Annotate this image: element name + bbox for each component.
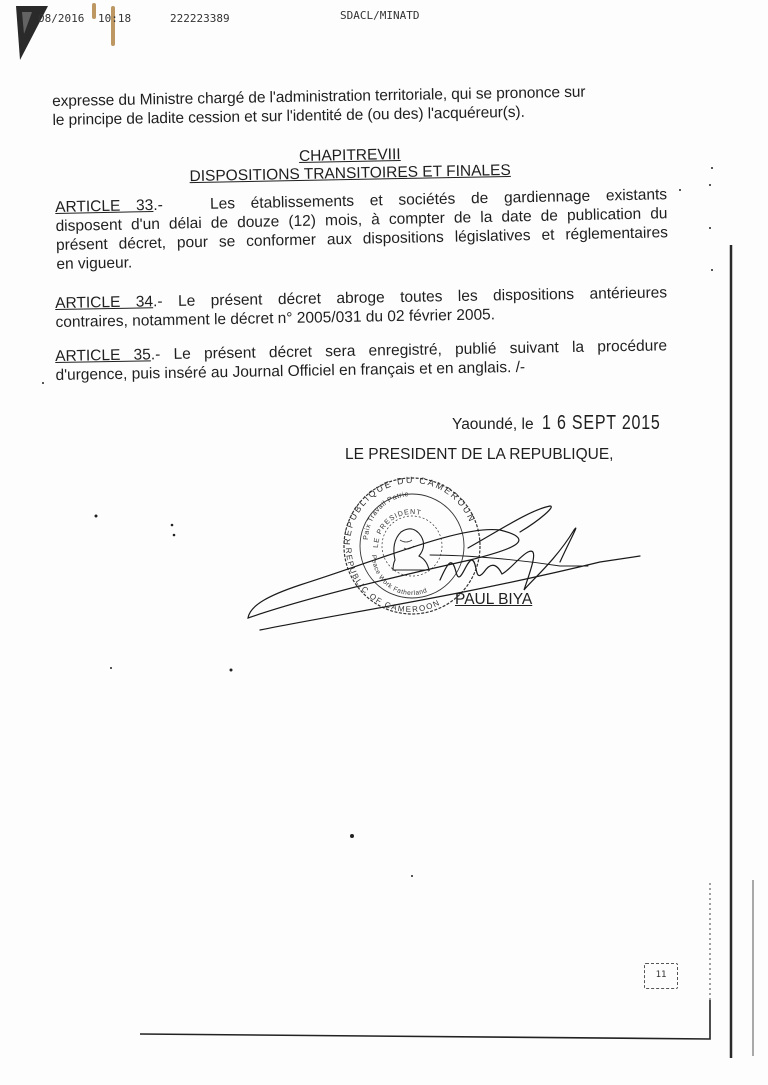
article-35: ARTICLE 35.- Le présent décret sera enre… [55, 336, 668, 385]
signatory-name: PAUL BIYA [455, 591, 532, 609]
article-label: ARTICLE 33 [55, 197, 153, 216]
seal-inner-top-text: LE PRESIDENT [373, 509, 422, 548]
fax-time: 10:18 [98, 12, 131, 25]
seal-outer-bottom-text: REPUBLIC OF CAMEROON [344, 548, 442, 615]
article-label: ARTICLE 34 [55, 293, 153, 312]
svg-text:REPUBLIQUE DU CAMEROUN: REPUBLIQUE DU CAMEROUN [342, 475, 478, 545]
date-stamp: 1 6 SEPT 2015 [542, 412, 661, 435]
place-label: Yaoundé, le [452, 416, 534, 433]
fax-sender: SDACL/MINATD [340, 9, 419, 22]
seal-motto-fr: Paix Travail Patrie [363, 491, 409, 540]
chapter-heading: CHAPITREVIII DISPOSITIONS TRANSITOIRES E… [180, 144, 521, 187]
fax-number: 222223389 [170, 12, 230, 25]
seal-motto-en: Peace Work Fatherland [370, 555, 428, 597]
signature [248, 506, 640, 630]
svg-text:LE PRESIDENT: LE PRESIDENT [373, 509, 422, 548]
page-number: 11 [644, 963, 678, 989]
fax-header: 08/2016 10:18 222223389 SDACL/MINATD [38, 12, 768, 30]
svg-text:Paix Travail Patrie: Paix Travail Patrie [363, 491, 409, 540]
svg-text:REPUBLIC OF CAMEROON: REPUBLIC OF CAMEROON [344, 548, 442, 615]
svg-text:Peace Work Fatherland: Peace Work Fatherland [370, 555, 428, 597]
seal-outer-top-text: REPUBLIQUE DU CAMEROUN [342, 475, 478, 545]
page-frame-line [140, 1000, 710, 1039]
article-label: ARTICLE 35 [55, 346, 151, 365]
date-line: Yaoundé, le1 6 SEPT 2015 [452, 412, 690, 435]
article-33: ARTICLE 33.- Les établissements et socié… [55, 185, 668, 274]
president-title: LE PRESIDENT DE LA REPUBLIQUE, [345, 446, 613, 464]
intro-paragraph: expresse du Ministre chargé de l'adminis… [52, 81, 673, 130]
fax-date: 08/2016 [38, 12, 84, 25]
article-34: ARTICLE 34.- Le présent décret abroge to… [55, 283, 668, 332]
